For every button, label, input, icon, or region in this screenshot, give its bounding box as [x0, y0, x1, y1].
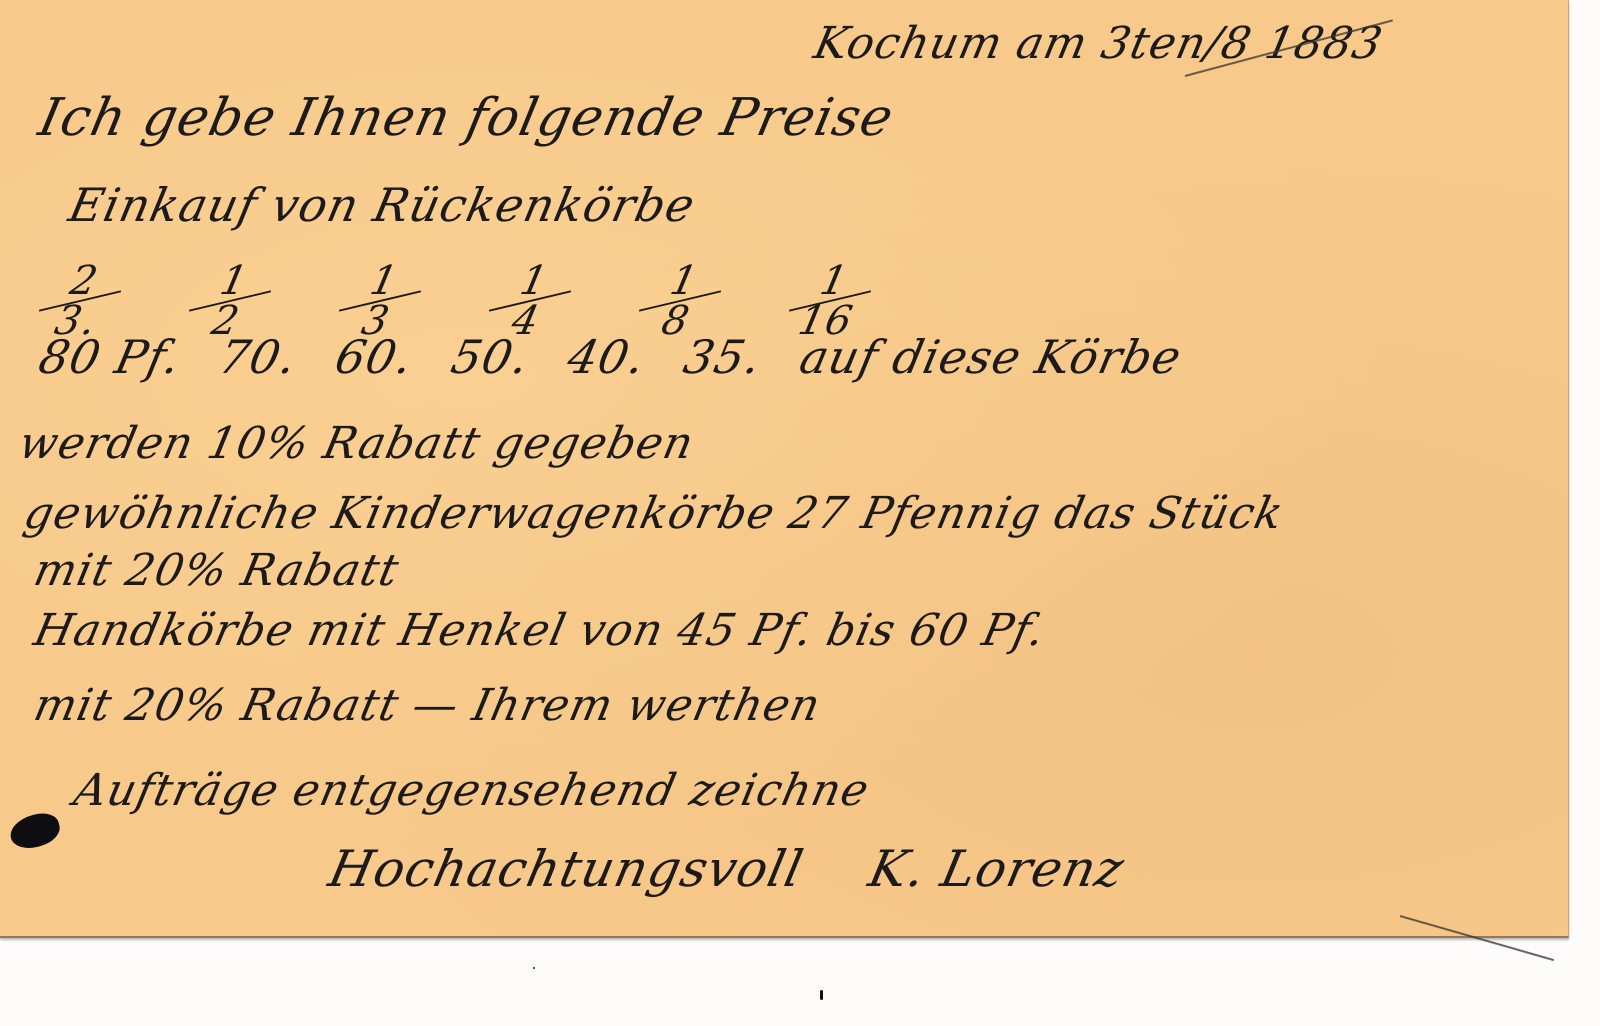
basket-prices-line: 80 Pf. 70. 60. 50. 40. 35. auf diese Kör…	[34, 330, 1186, 384]
scan-speck	[820, 990, 823, 1000]
price-item: 60.	[331, 330, 419, 384]
scan-dust	[533, 967, 535, 969]
signature-flourish-stroke	[1400, 915, 1554, 961]
price-item: 70.	[214, 330, 302, 384]
price-item: 40.	[563, 330, 651, 384]
price-item: 80 Pf.	[34, 330, 186, 384]
fraction-1-3: 13	[332, 262, 429, 340]
letter-line-5: werden 10% Rabatt gegeben	[15, 418, 699, 469]
letter-line-1: Ich gebe Ihnen folgende Preise	[34, 88, 899, 148]
fraction-1-2: 12	[182, 262, 279, 340]
signature-block: Hochachtungsvoll K. Lorenz	[324, 840, 1130, 898]
signature-name: K. Lorenz	[864, 840, 1130, 898]
letter-line-9: mit 20% Rabatt — Ihrem werthen	[30, 680, 826, 731]
letter-line-6: gewöhnliche Kinderwagenkörbe 27 Pfennig …	[20, 488, 1289, 539]
price-item: 35.	[679, 330, 767, 384]
ink-blot-mark	[7, 809, 64, 853]
letter-line-10: Aufträge entgegensehend zeichne	[70, 765, 874, 816]
letter-line-8: Handkörbe mit Henkel von 45 Pf. bis 60 P…	[30, 605, 1050, 656]
price-item: 50.	[447, 330, 535, 384]
fraction-2-3: 23.	[32, 262, 129, 340]
fraction-1-8: 18	[632, 262, 729, 340]
price-suffix: auf diese Körbe	[795, 330, 1186, 384]
closing-text: Hochachtungsvoll	[324, 840, 809, 898]
fraction-1-16: 116	[782, 262, 879, 340]
postcard: Kochum am 3ten/8 1883 Ich gebe Ihnen fol…	[0, 0, 1569, 938]
basket-size-fractions: 23. 12 13 14 18 116	[32, 262, 879, 340]
letter-line-7: mit 20% Rabatt	[30, 545, 404, 596]
fraction-1-4: 14	[482, 262, 579, 340]
letter-line-2: Einkauf von Rückenkörbe	[64, 178, 700, 232]
